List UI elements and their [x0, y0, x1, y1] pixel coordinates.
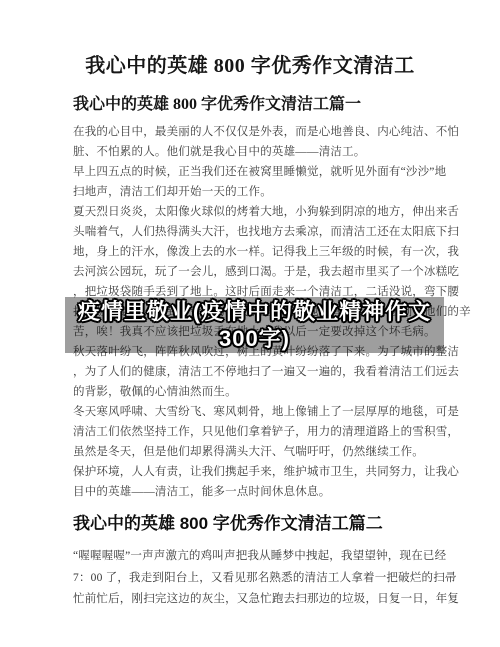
paragraph-group: “喔喔喔喔”一声声激亢的鸡叫声把我从睡梦中拽起，我望望钟，现在已经7：00 了，… [0, 544, 500, 611]
paragraph: “喔喔喔喔”一声声激亢的鸡叫声把我从睡梦中拽起，我望望钟，现在已经7：00 了，… [73, 546, 456, 611]
section-heading: 我心中的英雄 800 字优秀作文清洁工篇二 [73, 512, 456, 536]
text-line: 头喘着气，人们热得满头大汗，也找地方去乘凉，而清洁工还在太阳底下扫 [73, 222, 456, 242]
text-line: “喔喔喔喔”一声声激亢的鸡叫声把我从睡梦中拽起，我望望钟，现在已经 [73, 546, 456, 568]
watermark-line-2: 300字) [219, 325, 290, 352]
text-line: 脏、不怕累的人。他们就是我心目中的英雄——清洁工。 [73, 142, 456, 162]
text-line: 目中的英雄——清洁工，能多一点时间休息休息。 [73, 482, 456, 502]
watermark-banner: 疫情里敬业(疫情中的敬业精神作文 300字) [65, 297, 444, 353]
paragraph: 在我的心目中，最美丽的人不仅仅是外表，而是心地善良、内心纯洁、不怕脏、不怕累的人… [73, 122, 456, 162]
text-line: 早上四五点的时候，正当我们还在被窝里睡懒觉，就听见外面有“沙沙”地 [73, 162, 456, 182]
text-line: ，为了人们的健康，清洁工不停地扫了一遍又一遍的，我看着清洁工们远去 [73, 362, 456, 382]
page-title: 我心中的英雄 800 字优秀作文清洁工 [0, 0, 500, 80]
text-line: 清洁工们依然坚持工作，只见他们拿着铲子，用力的清理道路上的雪积雪， [73, 422, 456, 442]
section: 我心中的英雄 800 字优秀作文清洁工篇二“喔喔喔喔”一声声激亢的鸡叫声把我从睡… [0, 512, 500, 611]
paragraph: 冬天寒风呼啸、大雪纷飞、寒风刺骨，地上像铺上了一层厚厚的地毯，可是清洁工们依然坚… [73, 402, 456, 462]
watermark-line-1: 疫情里敬业(疫情中的敬业精神作文 [78, 298, 431, 325]
text-line: 去河滨公园玩，玩了一会儿，感到口渴。于是，我去超市里买了一个冰糕吃 [73, 262, 456, 282]
document-page: 我心中的英雄 800 字优秀作文清洁工 我心中的英雄 800 字优秀作文清洁工篇… [0, 0, 500, 647]
text-line: 保护环境，人人有责，让我们携起手来，维护城市卫生，共同努力，让我心 [73, 462, 456, 482]
text-line: 虽然是冬天，但是他们却累得满头大汗、气喘吁吁，仍然继续工作。 [73, 442, 456, 462]
text-line: 在我的心目中，最美丽的人不仅仅是外表，而是心地善良、内心纯洁、不怕 [73, 122, 456, 142]
text-line: 扫地声，清洁工们却开始一天的工作。 [73, 182, 456, 202]
text-line: 的背影，敬佩的心情油然而生。 [73, 382, 456, 402]
text-line: 夏天烈日炎炎，太阳像火球似的烤着大地，小狗躲到阴凉的地方，伸出来舌 [73, 202, 456, 222]
paragraph: 保护环境，人人有责，让我们携起手来，维护城市卫生，共同努力，让我心目中的英雄——… [73, 462, 456, 502]
paragraph: 早上四五点的时候，正当我们还在被窝里睡懒觉，就听见外面有“沙沙”地扫地声，清洁工… [73, 162, 456, 202]
text-line: 地，身上的汗水，像泼上去的水一样。记得我上三年级的时候，有一次，我 [73, 242, 456, 262]
text-line: 忙前忙后，刚扫完这边的灰尘，又急忙跑去扫那边的垃圾，日复一日，年复 [73, 589, 456, 611]
section-heading: 我心中的英雄 800 字优秀作文清洁工篇一 [73, 94, 456, 116]
text-line: 冬天寒风呼啸、大雪纷飞、寒风刺骨，地上像铺上了一层厚厚的地毯，可是 [73, 402, 456, 422]
text-line: 7：00 了，我走到阳台上，又看见那名熟悉的清洁工人拿着一把破烂的扫帚 [73, 568, 456, 590]
